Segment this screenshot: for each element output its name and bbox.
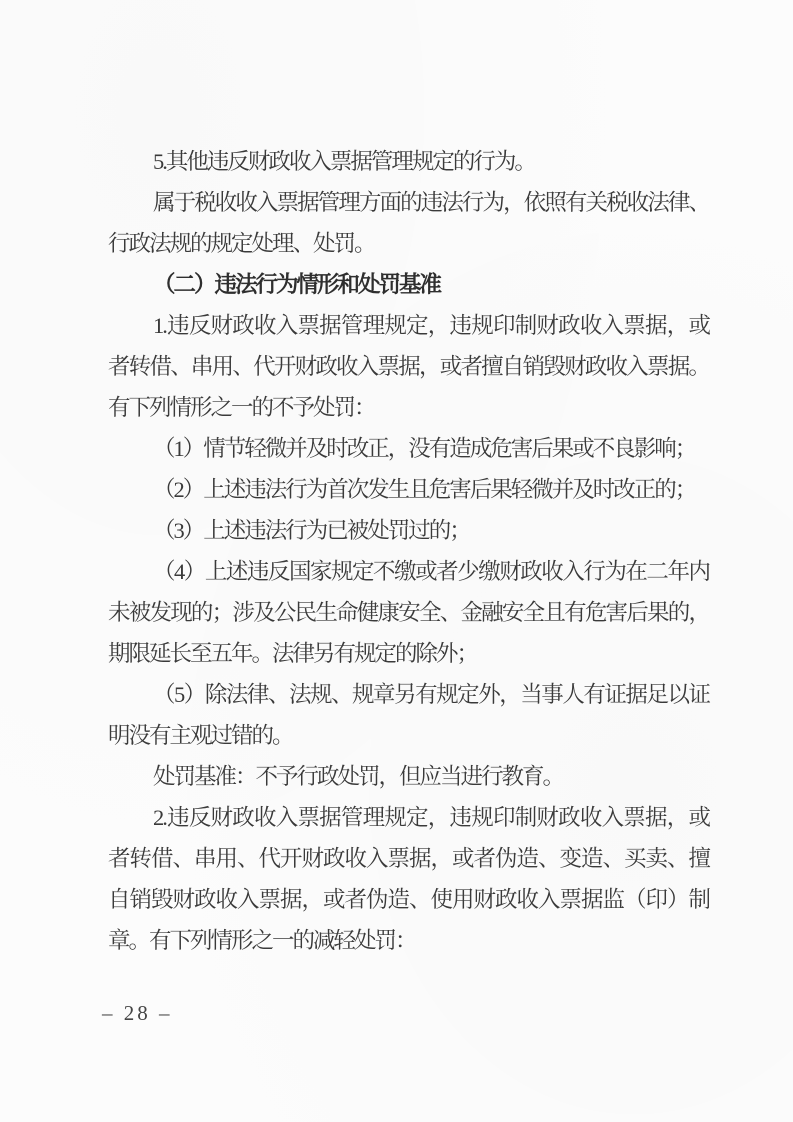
body-line-item-3: （3）上述违法行为已被处罚过的； [108,510,709,551]
body-line: 处罚基准：不予行政处罚，但应当进行教育。 [108,756,709,797]
body-line: 未被发现的；涉及公民生命健康安全、金融安全且有危害后果的， [108,592,709,633]
body-line: 2.违反财政收入票据管理规定，违规印制财政收入票据，或 [108,797,709,838]
body-line-item-2: （2）上述违法行为首次发生且危害后果轻微并及时改正的； [108,469,709,510]
body-line: 有下列情形之一的不予处罚： [108,387,709,428]
body-line-item-5: （5）除法律、法规、规章另有规定外，当事人有证据足以证 [108,674,709,715]
section-heading: （二）违法行为情形和处罚基准 [108,264,709,305]
body-line-item-4: （4）上述违反国家规定不缴或者少缴财政收入行为在二年内 [108,551,709,592]
body-line: 期限延长至五年。法律另有规定的除外； [108,633,709,674]
body-line: 明没有主观过错的。 [108,715,709,756]
body-line: 自销毁财政收入票据，或者伪造、使用财政收入票据监（印）制 [108,879,709,920]
page-number: – 28 – [102,1000,173,1026]
body-line: 行政法规的规定处理、处罚。 [108,223,709,264]
body-line: 章。有下列情形之一的减轻处罚： [108,920,709,961]
body-line-item-1: （1）情节轻微并及时改正，没有造成危害后果或不良影响； [108,428,709,469]
document-body: 5.其他违反财政收入票据管理规定的行为。 属于税收收入票据管理方面的违法行为，依… [108,141,709,961]
body-line: 5.其他违反财政收入票据管理规定的行为。 [108,141,709,182]
body-line: 者转借、串用、代开财政收入票据，或者擅自销毁财政收入票据。 [108,346,709,387]
document-page: 5.其他违反财政收入票据管理规定的行为。 属于税收收入票据管理方面的违法行为，依… [0,0,793,1122]
body-line: 属于税收收入票据管理方面的违法行为，依照有关税收法律、 [108,182,709,223]
body-line: 者转借、串用、代开财政收入票据，或者伪造、变造、买卖、擅 [108,838,709,879]
body-line: 1.违反财政收入票据管理规定，违规印制财政收入票据，或 [108,305,709,346]
